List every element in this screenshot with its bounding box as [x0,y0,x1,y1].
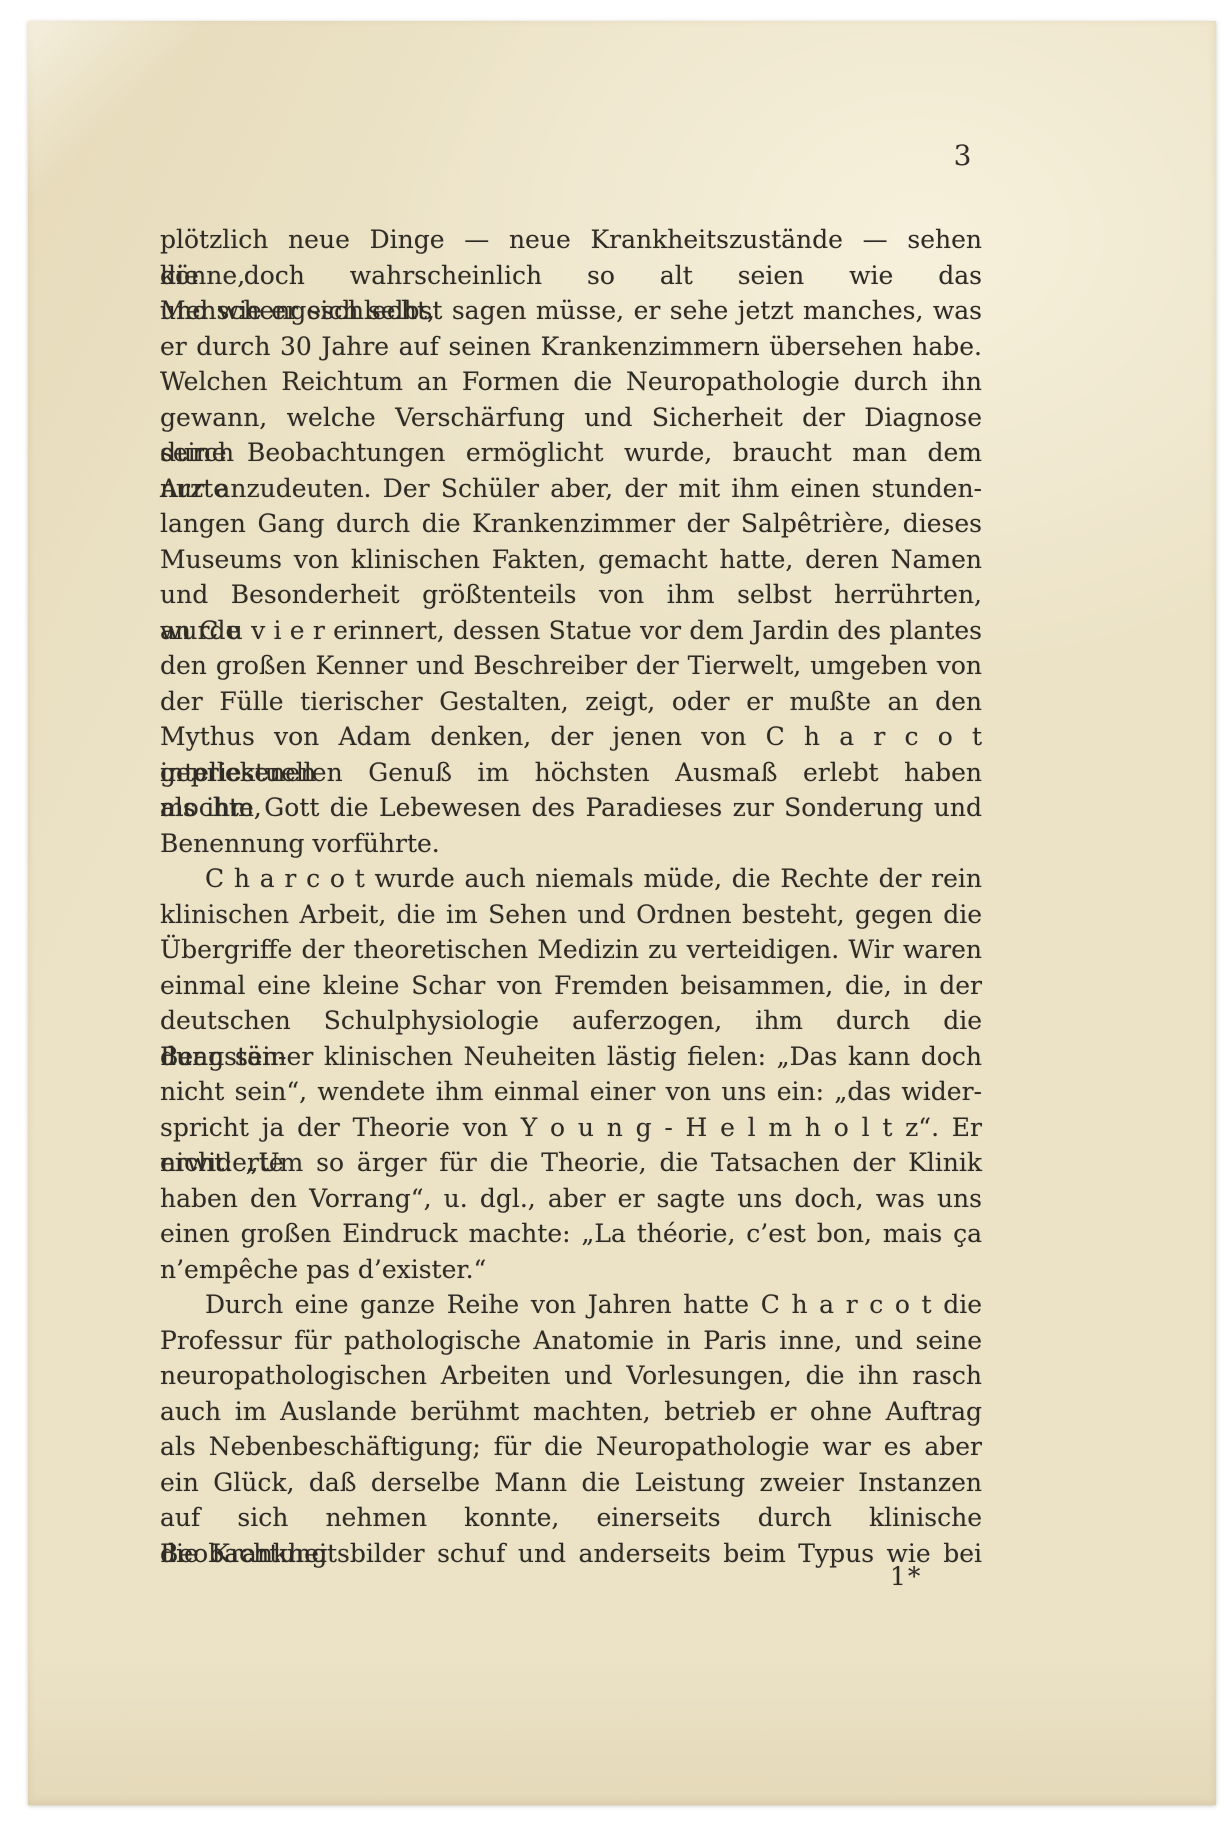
text-line: Professur für pathologische Anatomie in … [160,1323,982,1359]
text-line: Museums von klinischen Fakten, gemacht h… [160,542,982,578]
text-line: die doch wahrscheinlich so alt seien wie… [160,258,982,294]
text-line: als ihm Gott die Lebewesen des Paradiese… [160,790,982,826]
text-line: intellektuellen Genuß im höchsten Ausmaß… [160,755,982,791]
text-line: langen Gang durch die Krankenzimmer der … [160,506,982,542]
text-line: Übergriffe der theoretischen Medizin zu … [160,932,982,968]
document-page: 3 plötzlich neue Dinge — neue Krankheits… [28,21,1216,1805]
text-line: als Nebenbeschäftigung; für die Neuropat… [160,1429,982,1465]
page-number: 3 [933,141,993,171]
text-line: deutschen Schulphysiologie auferzogen, i… [160,1003,982,1039]
text-line: den großen Kenner und Beschreiber der Ti… [160,648,982,684]
text-line: spricht ja der Theorie von Y o u n g - H… [160,1110,982,1146]
text-line: der Fülle tierischer Gestalten, zeigt, o… [160,684,982,720]
text-line: Durch eine ganze Reihe von Jahren hatte … [160,1287,982,1323]
text-line: er durch 30 Jahre auf seinen Krankenzimm… [160,329,982,365]
text-line: auch im Auslande berühmt machten, betrie… [160,1394,982,1430]
text-line: plötzlich neue Dinge — neue Krankheitszu… [160,222,982,258]
text-line: auf sich nehmen konnte, einerseits durch… [160,1500,982,1536]
text-line: und Besonderheit größtenteils von ihm se… [160,577,982,613]
text-block: plötzlich neue Dinge — neue Krankheitszu… [160,222,982,1571]
text-line: gewann, welche Verschärfung und Sicherhe… [160,400,982,436]
text-line: dung seiner klinischen Neuheiten lästig … [160,1039,982,1075]
text-line: die Krankheitsbilder schuf und anderseit… [160,1536,982,1572]
text-line: C h a r c o t wurde auch niemals müde, d… [160,861,982,897]
text-line: und wie er sich selbst sagen müsse, er s… [160,293,982,329]
text-line: neuropathologischen Arbeiten und Vorlesu… [160,1358,982,1394]
text-line: nicht: „Um so ärger für die Theorie, die… [160,1145,982,1181]
text-line: Benennung vorführte. [160,826,982,862]
text-line: ein Glück, daß derselbe Mann die Leistun… [160,1465,982,1501]
text-line: seine Beobachtungen ermöglicht wurde, br… [160,435,982,471]
text-line: haben den Vorrang“, u. dgl., aber er sag… [160,1181,982,1217]
text-line: Welchen Reichtum an Formen die Neuropath… [160,364,982,400]
text-line: nicht sein“, wendete ihm einmal einer vo… [160,1074,982,1110]
text-line: an C u v i e r erinnert, dessen Statue v… [160,613,982,649]
text-line: n’empêche pas d’exister.“ [160,1252,982,1288]
text-line: klinischen Arbeit, die im Sehen und Ordn… [160,897,982,933]
text-line: einmal eine kleine Schar von Fremden bei… [160,968,982,1004]
signature-mark: 1* [890,1562,922,1592]
text-line: nur anzudeuten. Der Schüler aber, der mi… [160,471,982,507]
text-line: einen großen Eindruck machte: „La théori… [160,1216,982,1252]
text-line: Mythus von Adam denken, der jenen von C … [160,719,982,755]
